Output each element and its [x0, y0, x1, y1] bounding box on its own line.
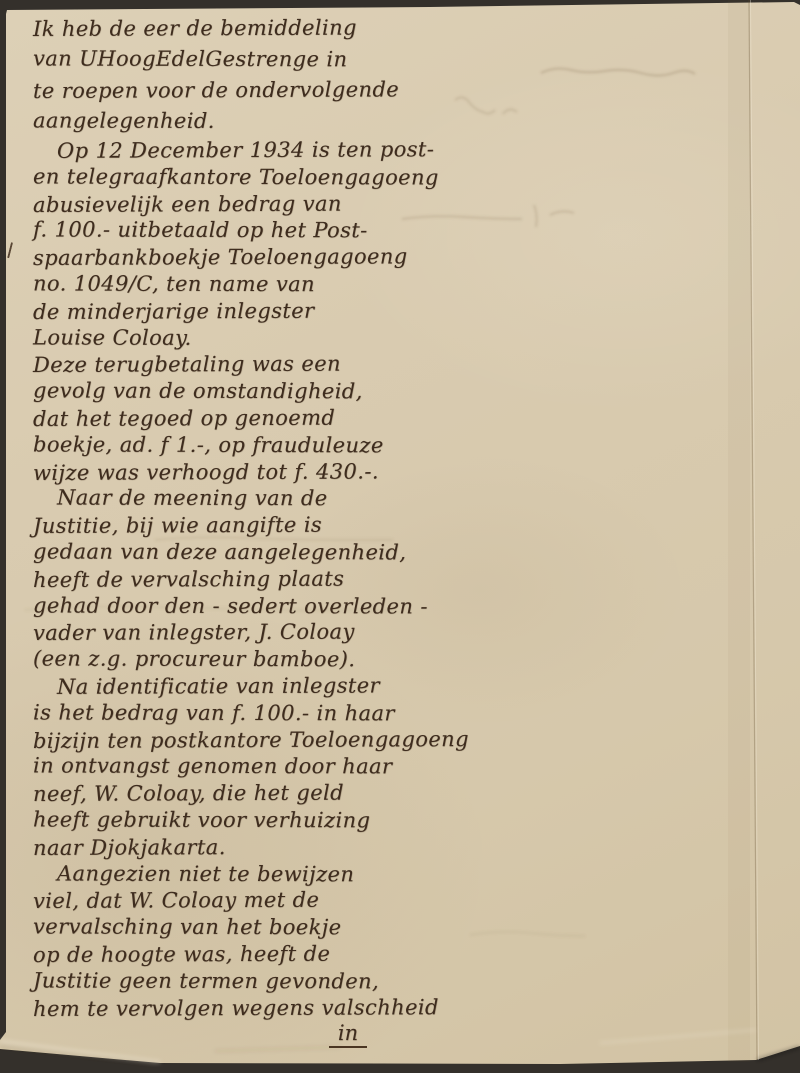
- handwritten-line: heeft gebruikt voor verhuizing: [33, 806, 473, 834]
- handwritten-line: te roepen voor de ondervolgende: [33, 74, 473, 107]
- handwritten-line: vervalsching van het boekje: [33, 914, 473, 942]
- handwritten-line: Aangezien niet te bewijzen: [33, 860, 473, 888]
- handwritten-line: abusievelijk een bedrag van: [33, 190, 473, 219]
- handwritten-line: aangelegenheid.: [33, 105, 473, 137]
- handwritten-line: van UHoogEdelGestrenge in: [33, 43, 473, 75]
- handwritten-line: Ik heb de eer de bemiddeling: [33, 12, 473, 45]
- handwritten-line: f. 100.- uitbetaald op het Post-: [33, 217, 473, 245]
- handwritten-line: Louise Coloay.: [33, 324, 473, 352]
- handwritten-line: (een z.g. procureur bamboe).: [33, 646, 473, 674]
- handwritten-line: Na identificatie van inlegster: [33, 672, 473, 701]
- handwritten-line: hem te vervolgen wegens valschheid: [33, 994, 473, 1023]
- handwritten-line: wijze was verhoogd tot f. 430.-.: [33, 458, 473, 487]
- scanned-letter-page: Ik heb de eer de bemiddelingvan UHoogEde…: [0, 0, 800, 1073]
- handwritten-line: de minderjarige inlegster: [33, 297, 473, 326]
- handwritten-line: boekje, ad. f 1.-, op frauduleuze: [33, 431, 473, 459]
- handwritten-line: Justitie geen termen gevonden,: [33, 967, 473, 995]
- handwritten-line: Justitie, bij wie aangifte is: [33, 511, 473, 540]
- handwritten-line: en telegraafkantore Toeloengagoeng: [33, 163, 473, 191]
- handwritten-line: no. 1049/C, ten name van: [33, 270, 473, 298]
- catchword: in: [318, 1021, 378, 1048]
- handwritten-line: vader van inlegster, J. Coloay: [33, 618, 473, 647]
- handwritten-line: gehad door den - sedert overleden -: [33, 592, 473, 620]
- handwritten-line: naar Djokjakarta.: [33, 833, 473, 862]
- handwritten-line: op de hoogte was, heeft de: [33, 940, 473, 969]
- catchword-text: in: [329, 1021, 367, 1048]
- handwritten-line: gedaan van deze aangelegenheid,: [33, 538, 473, 566]
- handwritten-line: Naar de meening van de: [33, 485, 473, 513]
- handwritten-line: spaarbankboekje Toeloengagoeng: [33, 243, 473, 272]
- handwritten-line: heeft de vervalsching plaats: [33, 565, 473, 594]
- handwritten-line: viel, dat W. Coloay met de: [33, 886, 473, 915]
- handwritten-line: is het bedrag van f. 100.- in haar: [33, 699, 473, 727]
- handwritten-line: gevolg van de omstandigheid,: [33, 378, 473, 406]
- handwritten-line: bijzijn ten postkantore Toeloengagoeng: [33, 726, 473, 755]
- handwritten-line: Deze terugbetaling was een: [33, 350, 473, 379]
- handwritten-line: neef, W. Coloay, die het geld: [33, 779, 473, 808]
- handwriting-lines: Ik heb de eer de bemiddelingvan UHoogEde…: [33, 13, 473, 1021]
- handwritten-line: dat het tegoed op genoemd: [33, 404, 473, 433]
- handwritten-line: Op 12 December 1934 is ten post-: [33, 136, 473, 165]
- handwritten-line: in ontvangst genomen door haar: [33, 753, 473, 781]
